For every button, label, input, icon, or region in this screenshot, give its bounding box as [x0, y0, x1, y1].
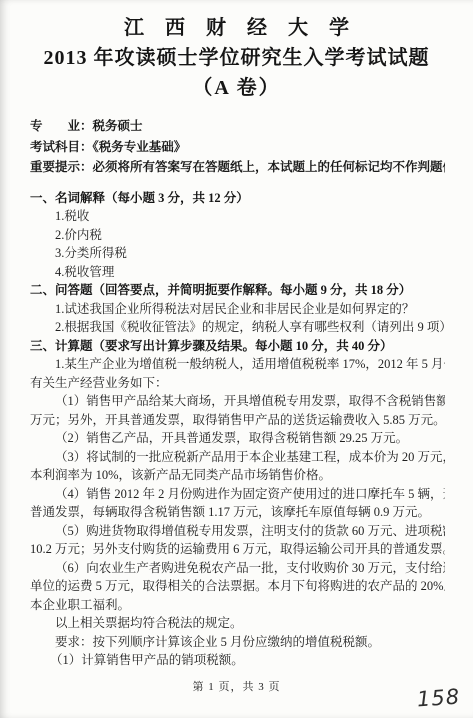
calc-intro-line-1: 1.某生产企业为增值税一般纳税人，适用增值税税率 17%，2012 年 5 月份… — [30, 355, 445, 374]
term-item-4: 4.税收管理 — [30, 263, 445, 282]
business-1-line-2: 万元；另外，开具普通发票，取得销售甲产品的送货运输费收入 5.85 万元。 — [30, 411, 445, 430]
business-5-line-2: 10.2 万元；另外支付购货的运输费用 6 万元，取得运输公司开具的普通发票。 — [30, 540, 445, 559]
exam-meta: 专 业：税务硕士 考试科目：《税务专业基础》 重要提示：必须将所有答案写在答题纸… — [30, 116, 445, 178]
term-item-2: 2.价内税 — [30, 226, 445, 245]
handwritten-number: 158 — [416, 685, 461, 712]
university-name: 江西财经大学 — [0, 15, 473, 41]
page-number: 第 1 页，共 3 页 — [0, 678, 473, 694]
business-6-line-2: 单位的运费 5 万元，取得相关的合法票据。本月下旬将购进的农产品的 20%用于 — [30, 577, 445, 596]
business-6-line-1: （6）向农业生产者购进免税农产品一批，支付收购价 30 万元，支付给运输 — [30, 559, 445, 578]
business-4-line-1: （4）销售 2012 年 2 月份购进作为固定资产使用过的进口摩托车 5 辆，开… — [30, 485, 445, 504]
exam-paper-page: 江西财经大学 2013 年攻读硕士学位研究生入学考试试题 （A 卷） 专 业：税… — [0, 0, 473, 718]
term-item-1: 1.税收 — [30, 207, 445, 226]
major-line: 专 业：税务硕士 — [30, 116, 445, 137]
business-4-line-2: 普通发票，每辆取得含税销售额 1.17 万元，该摩托车原值每辆 0.9 万元。 — [30, 503, 445, 522]
business-1-line-1: （1）销售甲产品给某大商场，开具增值税专用发票，取得不含税销售额 80 — [30, 392, 445, 411]
exam-body: 一、名词解释（每小题 3 分，共 12 分） 1.税收 2.价内税 3.分类所得… — [30, 189, 445, 670]
business-3-line-1: （3）将试制的一批应税新产品用于本企业基建工程，成本价为 20 万元，成 — [30, 448, 445, 467]
calc-intro-line-2: 有关生产经营业务如下： — [30, 374, 445, 393]
section-3-heading: 三、计算题（要求写出计算步骤及结果。每小题 10 分，共 40 分） — [30, 337, 445, 356]
exam-title: 2013 年攻读硕士学位研究生入学考试试题 — [0, 45, 473, 71]
requirement-line: 要求：按下列顺序计算该企业 5 月份应缴纳的增值税税额。 — [30, 633, 445, 652]
business-5-line-1: （5）购进货物取得增值税专用发票，注明支付的货款 60 万元、进项税额 — [30, 522, 445, 541]
business-2-line: （2）销售乙产品，开具普通发票，取得含税销售额 29.25 万元。 — [30, 429, 445, 448]
requirement-item-1: （1）计算销售甲产品的销项税额。 — [30, 651, 445, 670]
business-6-line-3: 本企业职工福利。 — [30, 596, 445, 615]
term-item-3: 3.分类所得税 — [30, 244, 445, 263]
section-2-heading: 二、问答题（回答要点，并简明扼要作解释。每小题 9 分，共 18 分） — [30, 281, 445, 300]
question-item-2: 2.根据我国《税收征管法》的规定，纳税人享有哪些权利（请列出 9 项）？ — [30, 318, 445, 337]
paper-header: 江西财经大学 2013 年攻读硕士学位研究生入学考试试题 （A 卷） — [0, 0, 473, 101]
section-1-heading: 一、名词解释（每小题 3 分，共 12 分） — [30, 189, 445, 208]
business-3-line-2: 本利润率为 10%，该新产品无同类产品市场销售价格。 — [30, 466, 445, 485]
subject-line: 考试科目：《税务专业基础》 — [30, 137, 445, 158]
notice-line: 重要提示：必须将所有答案写在答题纸上，本试题上的任何标记均不作判题依据。 — [30, 157, 445, 178]
paper-type: （A 卷） — [0, 75, 473, 101]
note-line: 以上相关票据均符合税法的规定。 — [30, 614, 445, 633]
question-item-1: 1.试述我国企业所得税法对居民企业和非居民企业是如何界定的？ — [30, 300, 445, 319]
scan-speck — [419, 164, 423, 167]
